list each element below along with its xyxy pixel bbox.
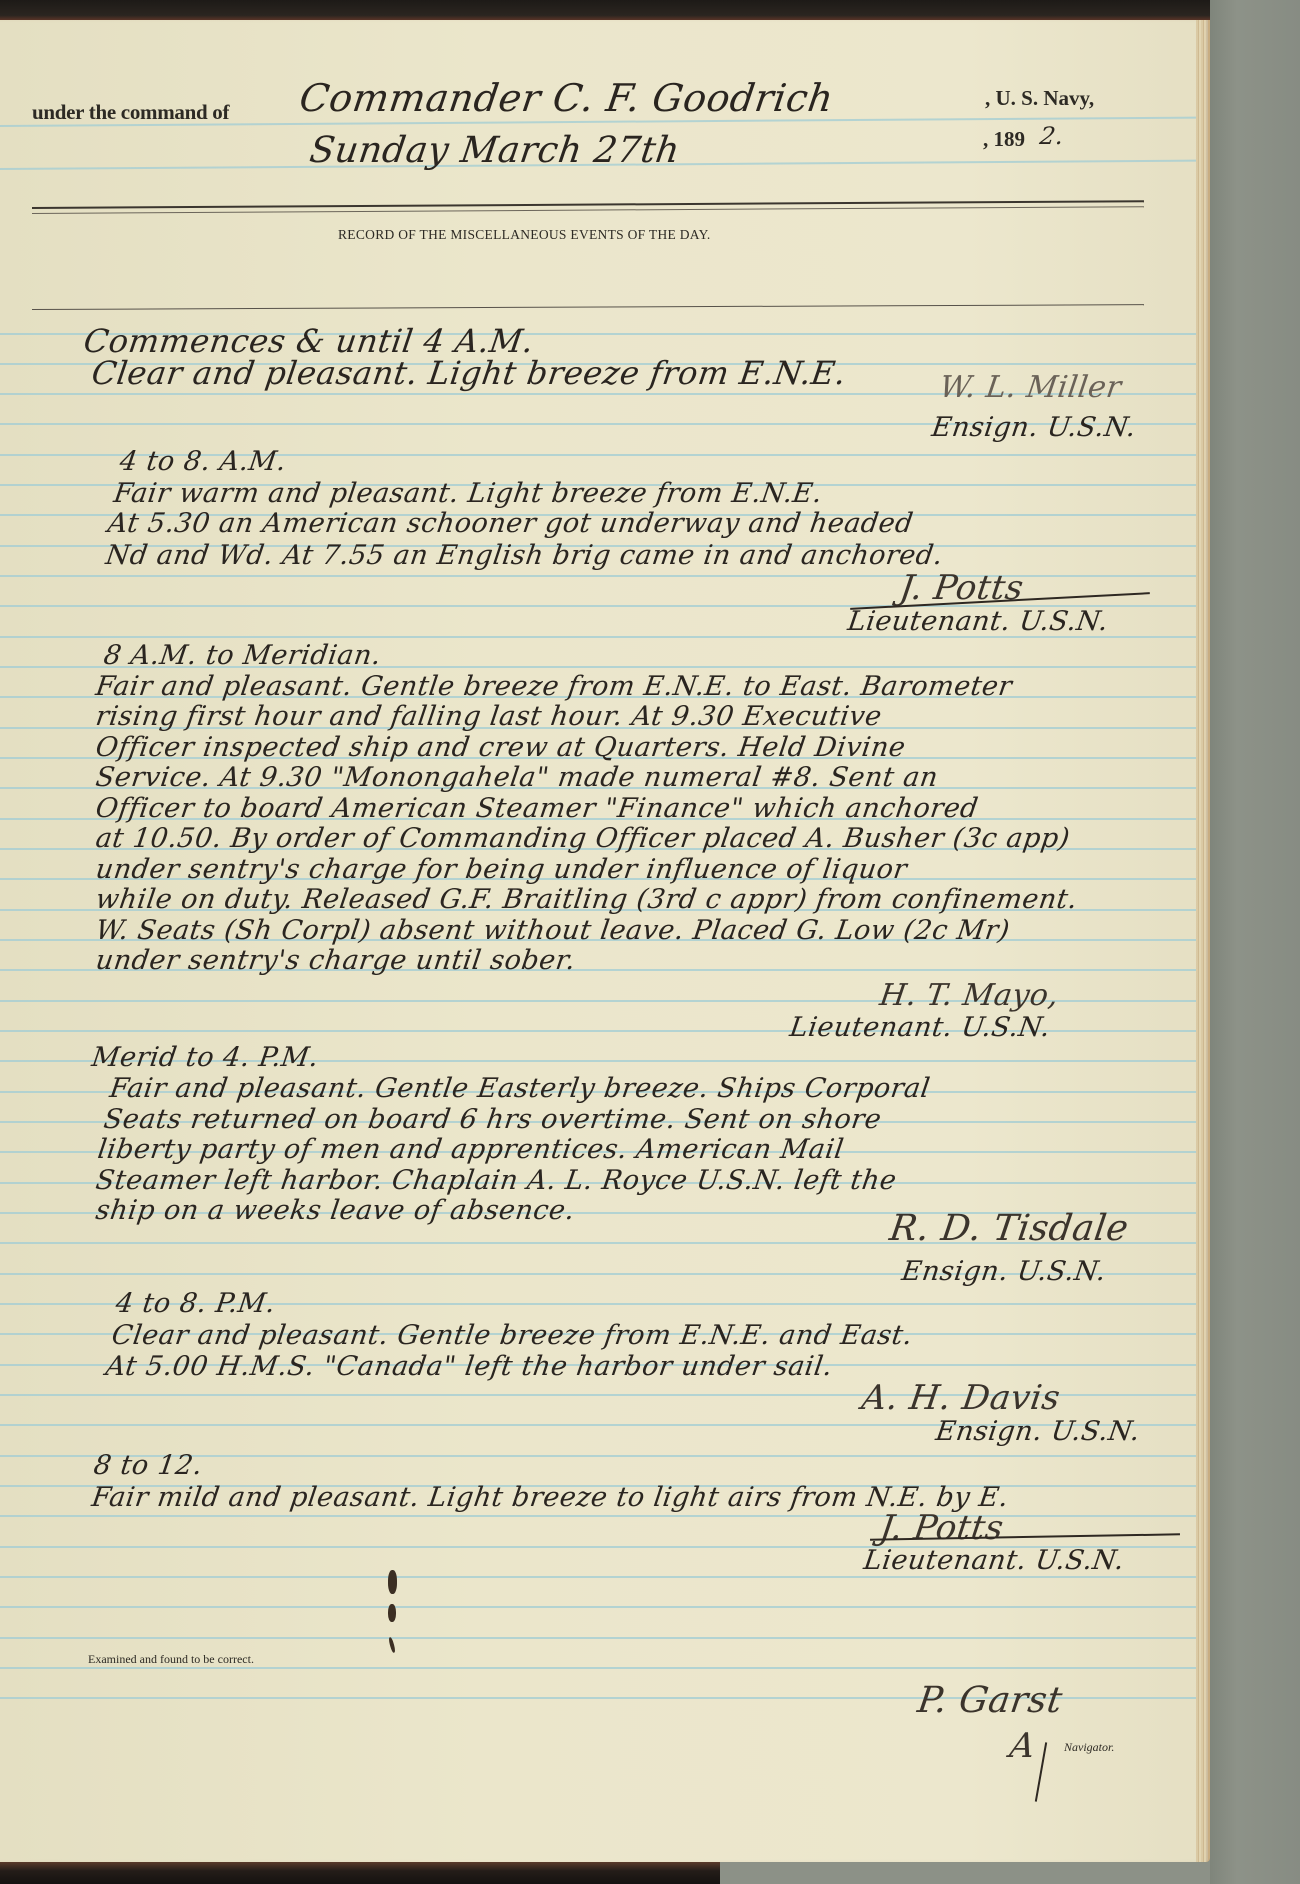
commander-name: Commander C. F. Goodrich bbox=[297, 76, 836, 120]
ink-blot bbox=[388, 1570, 397, 1594]
ruled-line bbox=[0, 1637, 1196, 1639]
watch-signature: R. D. Tisdale bbox=[887, 1208, 1131, 1249]
watch-line: under sentry's charge for being under in… bbox=[94, 854, 909, 885]
watch-rank: Ensign. U.S.N. bbox=[900, 1256, 1108, 1287]
ink-blot bbox=[388, 1604, 396, 1622]
watch-line: Fair and pleasant. Gentle breeze from E.… bbox=[94, 671, 1014, 702]
watch-rank: Ensign. U.S.N. bbox=[934, 1416, 1142, 1447]
navigator-initial: A bbox=[1007, 1726, 1038, 1766]
ink-blot bbox=[388, 1637, 396, 1653]
watch-line: ship on a weeks leave of absence. bbox=[94, 1195, 577, 1226]
section-title: RECORD OF THE MISCELLANEOUS EVENTS OF TH… bbox=[338, 227, 711, 243]
watch-line: At 5.00 H.M.S. "Canada" left the harbor … bbox=[104, 1351, 835, 1382]
watch-line: liberty party of men and apprentices. Am… bbox=[96, 1134, 846, 1165]
watch-line: Clear and pleasant. Light breeze from E.… bbox=[89, 354, 848, 392]
watch-line: Seats returned on board 6 hrs overtime. … bbox=[102, 1104, 884, 1135]
section-divider bbox=[32, 304, 1144, 310]
ruled-line bbox=[0, 1667, 1196, 1669]
watch-line: while on duty. Released G.F. Braitling (… bbox=[94, 884, 1080, 915]
navy-suffix: , U. S. Navy, bbox=[985, 86, 1094, 111]
ruled-line bbox=[0, 1606, 1196, 1608]
watch-line: rising first hour and falling last hour.… bbox=[94, 701, 884, 732]
navigator-label: Navigator. bbox=[1064, 1740, 1114, 1755]
book-binding-bottom bbox=[0, 1862, 720, 1884]
ruled-line bbox=[0, 1515, 1196, 1517]
navigator-signature: P. Garst bbox=[915, 1680, 1065, 1721]
watch-signature: A. H. Davis bbox=[859, 1378, 1063, 1418]
watch-line: At 5.30 an American schooner got underwa… bbox=[106, 508, 915, 539]
watch-line: W. Seats (Sh Corpl) absent without leave… bbox=[94, 915, 1012, 946]
watch-line: Fair mild and pleasant. Light breeze to … bbox=[90, 1482, 1011, 1513]
watch-line: under sentry's charge until sober. bbox=[94, 945, 578, 976]
examined-label: Examined and found to be correct. bbox=[88, 1652, 254, 1667]
watch-line: Officer to board American Steamer "Finan… bbox=[94, 793, 981, 824]
background-surface bbox=[1210, 0, 1300, 1884]
command-label: under the command of bbox=[32, 100, 229, 125]
page-edge bbox=[1196, 20, 1206, 1862]
watch-line: Fair and pleasant. Gentle Easterly breez… bbox=[108, 1073, 932, 1104]
watch-heading: 4 to 8. A.M. bbox=[118, 446, 288, 477]
book-binding-top bbox=[0, 0, 1210, 22]
watch-rank: Lieutenant. U.S.N. bbox=[862, 1545, 1126, 1576]
watch-signature: J. Potts bbox=[877, 1508, 1006, 1548]
watch-rank: Lieutenant. U.S.N. bbox=[788, 1012, 1052, 1043]
log-date: Sunday March 27th bbox=[307, 130, 682, 171]
watch-line: at 10.50. By order of Commanding Officer… bbox=[94, 823, 1072, 854]
year-handwritten: 2. bbox=[1038, 122, 1066, 150]
watch-heading: 8 A.M. to Meridian. bbox=[102, 640, 383, 671]
signature-stroke bbox=[1035, 1742, 1047, 1801]
watch-line: Service. At 9.30 "Monongahela" made nume… bbox=[94, 762, 940, 793]
watch-line: Clear and pleasant. Gentle breeze from E… bbox=[110, 1320, 915, 1351]
watch-line: Nd and Wd. At 7.55 an English brig came … bbox=[104, 540, 945, 571]
watch-heading: 8 to 12. bbox=[92, 1450, 205, 1481]
watch-rank: Ensign. U.S.N. bbox=[930, 412, 1138, 443]
watch-heading: Merid to 4. P.M. bbox=[90, 1042, 321, 1073]
watch-line: Officer inspected ship and crew at Quart… bbox=[94, 732, 908, 763]
watch-heading: 4 to 8. P.M. bbox=[114, 1288, 278, 1319]
logbook-page: under the command of Commander C. F. Goo… bbox=[0, 20, 1210, 1862]
watch-signature: W. L. Miller bbox=[938, 370, 1124, 405]
watch-signature: H. T. Mayo, bbox=[878, 978, 1061, 1013]
watch-line: Steamer left harbor. Chaplain A. L. Royc… bbox=[94, 1165, 899, 1196]
watch-line: Fair warm and pleasant. Light breeze fro… bbox=[112, 478, 824, 509]
ruled-line bbox=[0, 1576, 1196, 1578]
watch-rank: Lieutenant. U.S.N. bbox=[846, 606, 1110, 637]
year-printed: , 189 bbox=[983, 127, 1025, 152]
